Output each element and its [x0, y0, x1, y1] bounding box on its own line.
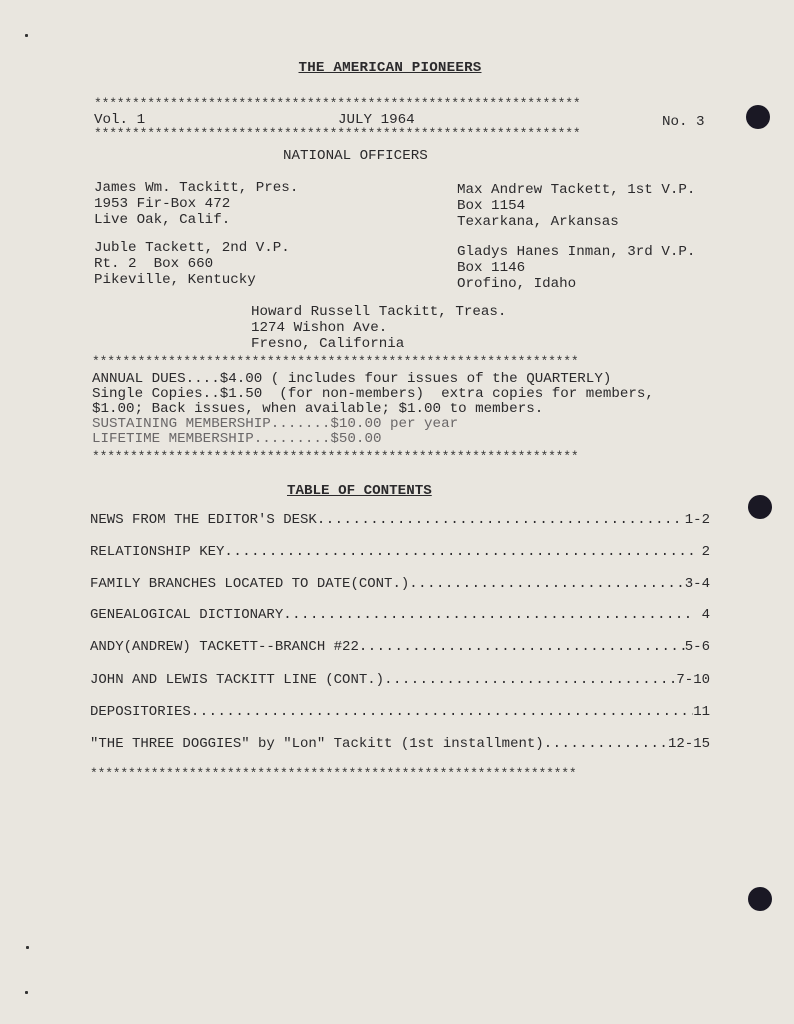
- officer-city: Orofino, Idaho: [457, 276, 695, 292]
- toc-title: RELATIONSHIP KEY: [90, 544, 224, 560]
- toc-leader: ........................................…: [317, 512, 685, 528]
- officer-entry: Gladys Hanes Inman, 3rd V.P. Box 1146 Or…: [457, 244, 695, 292]
- dues-line: Single Copies..$1.50 (for non-members) e…: [92, 387, 654, 402]
- officer-entry: Max Andrew Tackett, 1st V.P. Box 1154 Te…: [457, 182, 695, 230]
- newsletter-title: THE AMERICAN PIONEERS: [0, 60, 780, 76]
- dues-line: LIFETIME MEMBERSHIP.........$50.00: [92, 432, 654, 447]
- toc-title: GENEALOGICAL DICTIONARY: [90, 607, 283, 623]
- toc-page: 7-10: [676, 672, 710, 688]
- toc-page: 2: [693, 544, 710, 560]
- officer-name: Gladys Hanes Inman, 3rd V.P.: [457, 244, 695, 260]
- star-divider: ****************************************…: [94, 126, 580, 142]
- toc-entry: DEPOSITORIES ...........................…: [90, 704, 710, 720]
- toc-page: 11: [693, 704, 710, 720]
- dues-line: ANNUAL DUES....$4.00 ( includes four iss…: [92, 372, 654, 387]
- star-divider: ****************************************…: [90, 766, 576, 782]
- toc-leader: ........................................…: [544, 736, 668, 752]
- officer-address: Rt. 2 Box 660: [94, 256, 290, 272]
- officer-address: 1274 Wishon Ave.: [251, 320, 506, 336]
- toc-title: NEWS FROM THE EDITOR'S DESK: [90, 512, 317, 528]
- toc-entry: NEWS FROM THE EDITOR'S DESK ............…: [90, 512, 710, 528]
- officer-name: Juble Tackett, 2nd V.P.: [94, 240, 290, 256]
- officer-city: Pikeville, Kentucky: [94, 272, 290, 288]
- margin-speck: [25, 991, 28, 994]
- star-divider: ****************************************…: [94, 96, 580, 112]
- officer-name: Howard Russell Tackitt, Treas.: [251, 304, 506, 320]
- officer-name: Max Andrew Tackett, 1st V.P.: [457, 182, 695, 198]
- toc-page: 1-2: [685, 512, 710, 528]
- margin-speck: [25, 34, 28, 37]
- hole-punch: [746, 105, 770, 129]
- toc-leader: ........................................…: [384, 672, 676, 688]
- issue-number: No. 3: [662, 114, 705, 130]
- toc-leader: ........................................…: [409, 576, 685, 592]
- toc-leader: ........................................…: [191, 704, 693, 720]
- toc-leader: ........................................…: [359, 639, 685, 655]
- officer-entry: James Wm. Tackitt, Pres. 1953 Fir-Box 47…: [94, 180, 298, 228]
- margin-speck: [26, 946, 29, 949]
- toc-title: DEPOSITORIES: [90, 704, 191, 720]
- toc-title: JOHN AND LEWIS TACKITT LINE (CONT.): [90, 672, 384, 688]
- officer-address: Box 1146: [457, 260, 695, 276]
- star-divider: ****************************************…: [92, 449, 578, 465]
- toc-leader: ........................................…: [224, 544, 693, 560]
- toc-title: "THE THREE DOGGIES" by "Lon" Tackitt (1s…: [90, 736, 544, 752]
- officer-city: Fresno, California: [251, 336, 506, 352]
- toc-leader: ........................................…: [283, 607, 693, 623]
- dues-line: $1.00; Back issues, when available; $1.0…: [92, 402, 654, 417]
- officer-address: Box 1154: [457, 198, 695, 214]
- toc-entry: GENEALOGICAL DICTIONARY ................…: [90, 607, 710, 623]
- toc-page: 12-15: [668, 736, 710, 752]
- toc-title: FAMILY BRANCHES LOCATED TO DATE(CONT.): [90, 576, 409, 592]
- officer-city: Texarkana, Arkansas: [457, 214, 695, 230]
- toc-entry: RELATIONSHIP KEY .......................…: [90, 544, 710, 560]
- toc-entry: FAMILY BRANCHES LOCATED TO DATE(CONT.) .…: [90, 576, 710, 592]
- officer-entry: Howard Russell Tackitt, Treas. 1274 Wish…: [251, 304, 506, 352]
- officer-entry: Juble Tackett, 2nd V.P. Rt. 2 Box 660 Pi…: [94, 240, 290, 288]
- officers-heading: NATIONAL OFFICERS: [283, 148, 428, 164]
- hole-punch: [748, 887, 772, 911]
- dues-block: ANNUAL DUES....$4.00 ( includes four iss…: [92, 372, 654, 447]
- toc-entry: "THE THREE DOGGIES" by "Lon" Tackitt (1s…: [90, 736, 710, 752]
- toc-title: ANDY(ANDREW) TACKETT--BRANCH #22: [90, 639, 359, 655]
- dues-line: SUSTAINING MEMBERSHIP.......$10.00 per y…: [92, 417, 654, 432]
- toc-page: 5-6: [685, 639, 710, 655]
- star-divider: ****************************************…: [92, 354, 578, 370]
- toc-heading: TABLE OF CONTENTS: [287, 483, 432, 499]
- toc-page: 3-4: [685, 576, 710, 592]
- toc-entry: ANDY(ANDREW) TACKETT--BRANCH #22 .......…: [90, 639, 710, 655]
- newsletter-page: THE AMERICAN PIONEERS ******************…: [0, 0, 794, 1024]
- officer-city: Live Oak, Calif.: [94, 212, 298, 228]
- hole-punch: [748, 495, 772, 519]
- toc-entry: JOHN AND LEWIS TACKITT LINE (CONT.) ....…: [90, 672, 710, 688]
- officer-name: James Wm. Tackitt, Pres.: [94, 180, 298, 196]
- toc-page: 4: [693, 607, 710, 623]
- officer-address: 1953 Fir-Box 472: [94, 196, 298, 212]
